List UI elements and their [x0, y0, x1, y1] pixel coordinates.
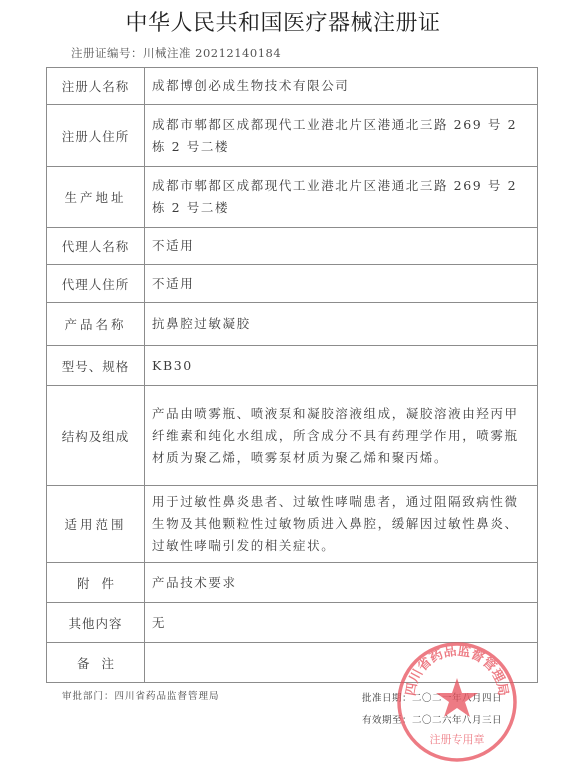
row-label: 结构及组成: [47, 386, 145, 486]
table-row: 附件 产品技术要求: [47, 563, 538, 603]
row-value: 成都博创必成生物技术有限公司: [145, 68, 538, 105]
table-row: 代理人名称 不适用: [47, 228, 538, 265]
table-row: 产品名称 抗鼻腔过敏凝胶: [47, 303, 538, 346]
row-value: 抗鼻腔过敏凝胶: [145, 303, 538, 346]
table-row: 结构及组成 产品由喷雾瓶、喷液泵和凝胶溶液组成，凝胶溶液由羟丙甲纤维素和纯化水组…: [47, 386, 538, 486]
approval-department: 审批部门：四川省药品监督管理局: [62, 688, 220, 702]
row-value: 无: [145, 603, 538, 643]
row-label: 代理人名称: [47, 228, 145, 265]
seal-bottom-text: 注册专用章: [430, 732, 485, 746]
row-label: 注册人名称: [47, 68, 145, 105]
row-value: 产品由喷雾瓶、喷液泵和凝胶溶液组成，凝胶溶液由羟丙甲纤维素和纯化水组成，所含成分…: [145, 386, 538, 486]
table-row: 适用范围 用于过敏性鼻炎患者、过敏性哮喘患者，通过阻隔致病性微生物及其他颗粒性过…: [47, 486, 538, 563]
registration-number-label: 注册证编号：: [71, 46, 143, 60]
table-row: 代理人住所 不适用: [47, 265, 538, 303]
row-label: 注册人住所: [47, 105, 145, 167]
document-title: 中华人民共和国医疗器械注册证: [0, 6, 566, 37]
row-label: 其他内容: [47, 603, 145, 643]
table-row: 型号、规格 KB30: [47, 346, 538, 386]
row-label: 产品名称: [47, 303, 145, 346]
row-value: 用于过敏性鼻炎患者、过敏性哮喘患者，通过阻隔致病性微生物及其他颗粒性过敏物质进入…: [145, 486, 538, 563]
row-value: 成都市郫都区成都现代工业港北片区港通北三路 269 号 2 栋 2 号二楼: [145, 105, 538, 167]
row-value: 成都市郫都区成都现代工业港北片区港通北三路 269 号 2 栋 2 号二楼: [145, 167, 538, 228]
row-value: 不适用: [145, 228, 538, 265]
row-label: 适用范围: [47, 486, 145, 563]
registration-number: 注册证编号：川械注准 20212140184: [71, 45, 281, 61]
row-label: 代理人住所: [47, 265, 145, 303]
table-row: 注册人名称 成都博创必成生物技术有限公司: [47, 68, 538, 105]
row-value: KB30: [145, 346, 538, 386]
official-seal-icon: 四川省药品监督管理局 注册专用章: [395, 640, 519, 762]
row-value: 产品技术要求: [145, 563, 538, 603]
row-value: 不适用: [145, 265, 538, 303]
row-label: 附件: [47, 563, 145, 603]
row-label: 型号、规格: [47, 346, 145, 386]
table-row: 生产地址 成都市郫都区成都现代工业港北片区港通北三路 269 号 2 栋 2 号…: [47, 167, 538, 228]
certificate-table: 注册人名称 成都博创必成生物技术有限公司 注册人住所 成都市郫都区成都现代工业港…: [46, 67, 538, 683]
registration-number-value: 川械注准 20212140184: [143, 46, 281, 60]
row-label: 生产地址: [47, 167, 145, 228]
table-row: 其他内容 无: [47, 603, 538, 643]
table-row: 注册人住所 成都市郫都区成都现代工业港北片区港通北三路 269 号 2 栋 2 …: [47, 105, 538, 167]
row-label: 备注: [47, 643, 145, 683]
star-icon: [436, 678, 478, 717]
